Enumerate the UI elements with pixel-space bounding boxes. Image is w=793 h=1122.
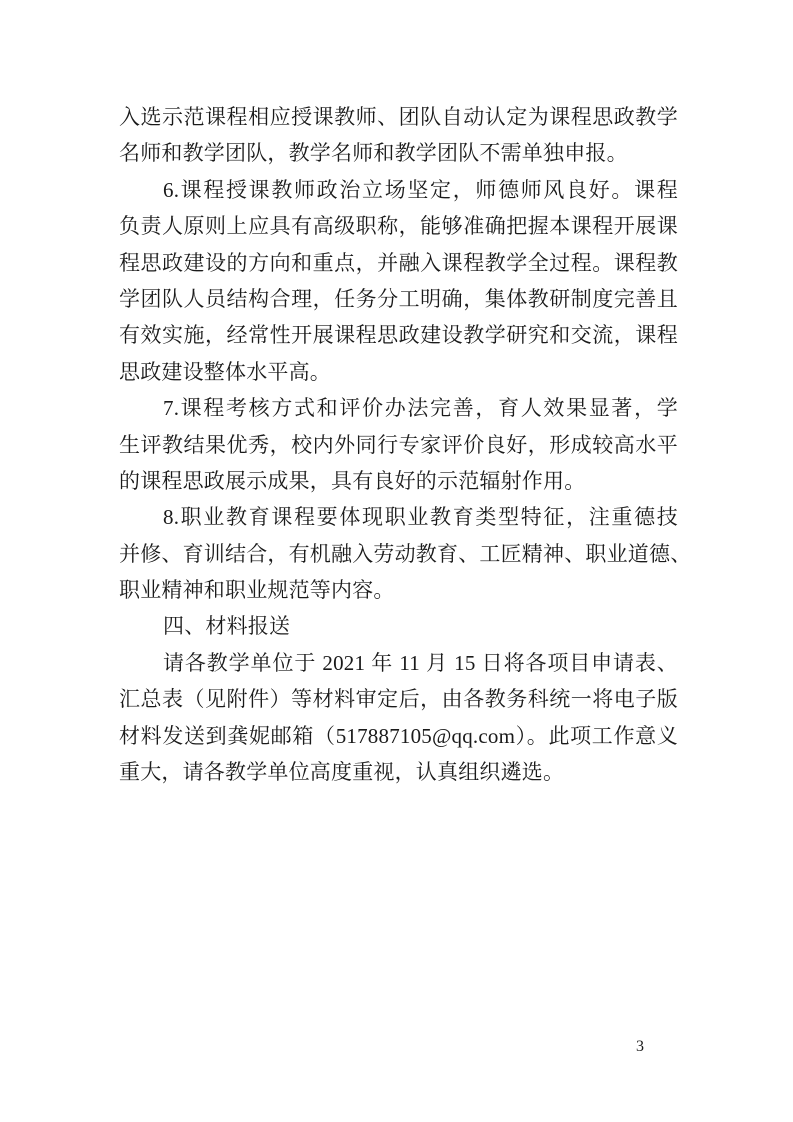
text-line: 汇总表（见附件）等材料审定后，由各教务科统一将电子版 [119, 681, 678, 717]
text-line: 有效实施，经常性开展课程思政建设教学研究和交流，课程 [119, 317, 678, 353]
paragraph-item-8: 8.职业教育课程要体现职业教育类型特征，注重德技 并修、育训结合，有机融入劳动教… [119, 499, 678, 608]
text-line: 请各教学单位于 2021 年 11 月 15 日将各项目申请表、 [119, 645, 678, 681]
text-line: 负责人原则上应具有高级职称，能够准确把握本课程开展课 [119, 208, 678, 244]
paragraph-item-7: 7.课程考核方式和评价办法完善，育人效果显著，学 生评教结果优秀，校内外同行专家… [119, 390, 678, 499]
text-line: 入选示范课程相应授课教师、团队自动认定为课程思政教学 [119, 99, 678, 135]
text-line: 并修、育训结合，有机融入劳动教育、工匠精神、职业道德、 [119, 536, 678, 572]
paragraph-continuation: 入选示范课程相应授课教师、团队自动认定为课程思政教学 名师和教学团队，教学名师和… [119, 99, 678, 172]
text-line: 名师和教学团队，教学名师和教学团队不需单独申报。 [119, 135, 678, 171]
document-page: 入选示范课程相应授课教师、团队自动认定为课程思政教学 名师和教学团队，教学名师和… [0, 0, 793, 1122]
text-line: 的课程思政展示成果，具有良好的示范辐射作用。 [119, 463, 678, 499]
text-line: 7.课程考核方式和评价办法完善，育人效果显著，学 [119, 390, 678, 426]
text-line: 职业精神和职业规范等内容。 [119, 572, 678, 608]
text-line: 6.课程授课教师政治立场坚定，师德师风良好。课程 [119, 172, 678, 208]
paragraph-item-6: 6.课程授课教师政治立场坚定，师德师风良好。课程 负责人原则上应具有高级职称，能… [119, 172, 678, 390]
text-line: 重大，请各教学单位高度重视，认真组织遴选。 [119, 754, 678, 790]
page-number: 3 [600, 1035, 680, 1059]
section-heading-text: 四、材料报送 [119, 608, 678, 644]
text-line: 8.职业教育课程要体现职业教育类型特征，注重德技 [119, 499, 678, 535]
text-line: 程思政建设的方向和重点，并融入课程教学全过程。课程教 [119, 245, 678, 281]
section-heading-materials: 四、材料报送 [119, 608, 678, 644]
document-text-block: 入选示范课程相应授课教师、团队自动认定为课程思政教学 名师和教学团队，教学名师和… [119, 99, 678, 790]
text-line: 生评教结果优秀，校内外同行专家评价良好，形成较高水平 [119, 427, 678, 463]
paragraph-submission-notice: 请各教学单位于 2021 年 11 月 15 日将各项目申请表、 汇总表（见附件… [119, 645, 678, 791]
text-line: 学团队人员结构合理，任务分工明确，集体教研制度完善且 [119, 281, 678, 317]
text-line: 材料发送到龚妮邮箱（517887105@qq.com）。此项工作意义 [119, 718, 678, 754]
text-line: 思政建设整体水平高。 [119, 354, 678, 390]
